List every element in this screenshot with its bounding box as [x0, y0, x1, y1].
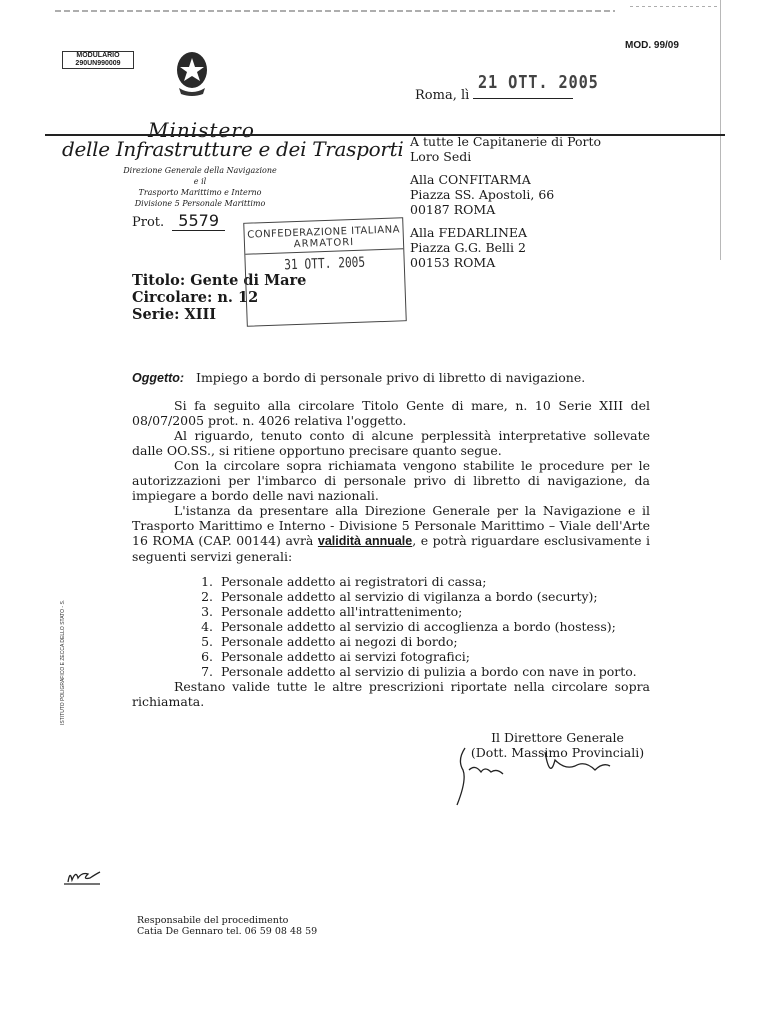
- header-rule: [45, 134, 725, 136]
- recipient: A tutte le Capitanerie di Porto Loro Sed…: [410, 134, 601, 164]
- recipient-line: A tutte le Capitanerie di Porto: [410, 134, 601, 149]
- list-item: Personale addetto al servizio di pulizia…: [217, 664, 650, 679]
- department-line: Direzione Generale della Navigazione e i…: [120, 165, 280, 187]
- protocol-label: Prot.: [132, 215, 164, 230]
- letter-body: Oggetto: Impiego a bordo di personale pr…: [132, 370, 650, 709]
- responsible-block: Responsabile del procedimento Catia De G…: [137, 915, 317, 937]
- received-stamp: CONFEDERAZIONE ITALIANA ARMATORI 31 OTT.…: [243, 217, 407, 327]
- ministry-name-line2: delle Infrastrutture e dei Trasporti: [62, 137, 403, 161]
- department-line: Trasporto Marittimo e Interno: [120, 187, 280, 198]
- date-stamp: 21 OTT. 2005: [478, 72, 599, 93]
- paragraph: L'istanza da presentare alla Direzione G…: [132, 503, 650, 564]
- modulario-label: MODULARIO: [63, 52, 133, 60]
- emphasis-text: validità annuale: [318, 534, 412, 548]
- scan-artifact-line: [630, 6, 720, 7]
- paragraph: Si fa seguito alla circolare Titolo Gent…: [132, 398, 650, 428]
- protocol: Prot. 5579: [132, 211, 225, 230]
- italian-republic-emblem-icon: [174, 48, 210, 98]
- protocol-number: 5579: [172, 211, 225, 231]
- recipient-line: 00187 ROMA: [410, 202, 495, 217]
- list-item: Personale addetto ai negozi di bordo;: [217, 634, 650, 649]
- responsible-contact: Catia De Gennaro tel. 06 59 08 48 59: [137, 926, 317, 937]
- recipient-line: Alla CONFITARMA: [410, 172, 531, 187]
- recipient-line: Piazza SS. Apostoli, 66: [410, 187, 554, 202]
- paragraph: Restano valide tutte le altre prescrizio…: [132, 679, 650, 709]
- form-code: MOD. 99/09: [625, 40, 679, 51]
- responsible-label: Responsabile del procedimento: [137, 915, 317, 926]
- paragraph: Al riguardo, tenuto conto di alcune perp…: [132, 428, 650, 458]
- list-item: Personale addetto al servizio di accogli…: [217, 619, 650, 634]
- recipient-line: Piazza G.G. Belli 2: [410, 240, 526, 255]
- list-item: Personale addetto ai servizi fotografici…: [217, 649, 650, 664]
- department-block: Direzione Generale della Navigazione e i…: [120, 165, 280, 209]
- list-item: Personale addetto all'intrattenimento;: [217, 604, 650, 619]
- scan-artifact-line: [55, 10, 615, 12]
- recipient-line: Loro Sedi: [410, 149, 471, 164]
- paragraph: Con la circolare sopra richiamata vengon…: [132, 458, 650, 503]
- recipient: Alla CONFITARMA Piazza SS. Apostoli, 66 …: [410, 172, 601, 217]
- modulario-code: 290UN990009: [63, 60, 133, 68]
- date-line: [473, 97, 573, 99]
- stamp-date: 31 OTT. 2005: [261, 254, 388, 274]
- subject-label: Oggetto:: [132, 371, 184, 385]
- subject-line: Oggetto: Impiego a bordo di personale pr…: [132, 370, 650, 386]
- modulario-box: MODULARIO 290UN990009: [62, 51, 134, 69]
- department-line: Divisione 5 Personale Marittimo: [120, 198, 280, 209]
- scan-edge-line: [720, 0, 721, 260]
- services-list: Personale addetto ai registratori di cas…: [132, 574, 650, 679]
- recipient-line: Alla FEDARLINEA: [410, 225, 527, 240]
- list-item: Personale addetto al servizio di vigilan…: [217, 589, 650, 604]
- printer-note: ISTITUTO POLIGRAFICO E ZECCA DELLO STATO…: [60, 600, 66, 725]
- recipient-line: 00153 ROMA: [410, 255, 495, 270]
- recipients-block: A tutte le Capitanerie di Porto Loro Sed…: [410, 134, 601, 278]
- recipient: Alla FEDARLINEA Piazza G.G. Belli 2 0015…: [410, 225, 601, 270]
- handwritten-signature-icon: [455, 740, 655, 810]
- list-item: Personale addetto ai registratori di cas…: [217, 574, 650, 589]
- subject-text: Impiego a bordo di personale privo di li…: [196, 370, 585, 385]
- handwritten-initials-icon: [62, 862, 102, 888]
- place-date-label: Roma, lì: [415, 88, 469, 103]
